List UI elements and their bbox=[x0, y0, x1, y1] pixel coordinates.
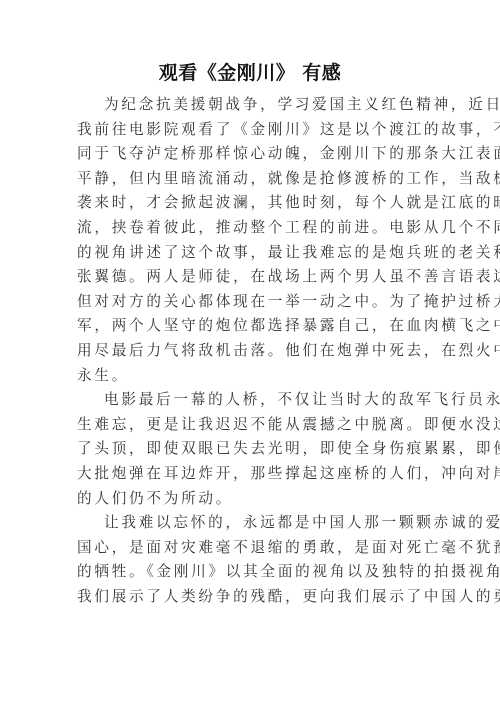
text-line: 的视角讲述了这个故事，最让我难忘的是炮兵班的老关和 bbox=[77, 241, 413, 266]
text-line: 袭来时，才会掀起波澜，其他时刻，每个人就是江底的暗 bbox=[77, 191, 413, 216]
paragraph-3: 让我难以忘怀的，永远都是中国人那一颗颗赤诚的爱 国心，是面对灾难毫不退缩的勇敢，… bbox=[77, 511, 413, 609]
text-line: 用尽最后力气将敌机击落。他们在炮弹中死去，在烈火中 bbox=[77, 339, 413, 364]
text-line: 军，两个人坚守的炮位都选择暴露自己，在血肉横飞之中 bbox=[77, 314, 413, 339]
text-line: 的牺牲。《金刚川》以其全面的视角以及独特的拍摄视角向 bbox=[77, 560, 413, 585]
document-body: 为纪念抗美援朝战争，学习爱国主义红色精神，近日 我前往电影院观看了《金刚川》这是… bbox=[77, 93, 413, 609]
text-line: 永生。 bbox=[77, 364, 413, 389]
text-line: 平静，但内里暗流涌动，就像是抢修渡桥的工作，当敌机 bbox=[77, 167, 413, 192]
paragraph-1: 为纪念抗美援朝战争，学习爱国主义红色精神，近日 我前往电影院观看了《金刚川》这是… bbox=[77, 93, 413, 388]
text-line: 的人们仍不为所动。 bbox=[77, 487, 413, 512]
text-line: 大批炮弹在耳边炸开，那些撑起这座桥的人们，冲向对岸 bbox=[77, 462, 413, 487]
text-line: 生难忘，更是让我迟迟不能从震撼之中脱离。即便水没过 bbox=[77, 413, 413, 438]
text-line: 让我难以忘怀的，永远都是中国人那一颗颗赤诚的爱 bbox=[77, 511, 413, 536]
text-line: 我前往电影院观看了《金刚川》这是以个渡江的故事，不 bbox=[77, 118, 413, 143]
document-title: 观看《金刚川》 有感 bbox=[0, 60, 500, 86]
text-line: 张翼德。两人是师徒，在战场上两个男人虽不善言语表达， bbox=[77, 265, 413, 290]
text-line: 流，挟卷着彼此，推动整个工程的前进。电影从几个不同 bbox=[77, 216, 413, 241]
text-line: 电影最后一幕的人桥，不仅让当时大的敌军飞行员永 bbox=[77, 388, 413, 413]
paragraph-2: 电影最后一幕的人桥，不仅让当时大的敌军飞行员永 生难忘，更是让我迟迟不能从震撼之… bbox=[77, 388, 413, 511]
text-line: 我们展示了人类纷争的残酷，更向我们展示了中国人的勇 bbox=[77, 585, 413, 610]
text-line: 同于飞夺泸定桥那样惊心动魄，金刚川下的那条大江表面 bbox=[77, 142, 413, 167]
document-page: 观看《金刚川》 有感 为纪念抗美援朝战争，学习爱国主义红色精神，近日 我前往电影… bbox=[0, 0, 500, 708]
text-line: 但对对方的关心都体现在一举一动之中。为了掩护过桥大 bbox=[77, 290, 413, 315]
text-line: 为纪念抗美援朝战争，学习爱国主义红色精神，近日 bbox=[77, 93, 413, 118]
text-line: 国心，是面对灾难毫不退缩的勇敢，是面对死亡毫不犹豫 bbox=[77, 536, 413, 561]
text-line: 了头顶，即使双眼已失去光明，即使全身伤痕累累，即使 bbox=[77, 437, 413, 462]
